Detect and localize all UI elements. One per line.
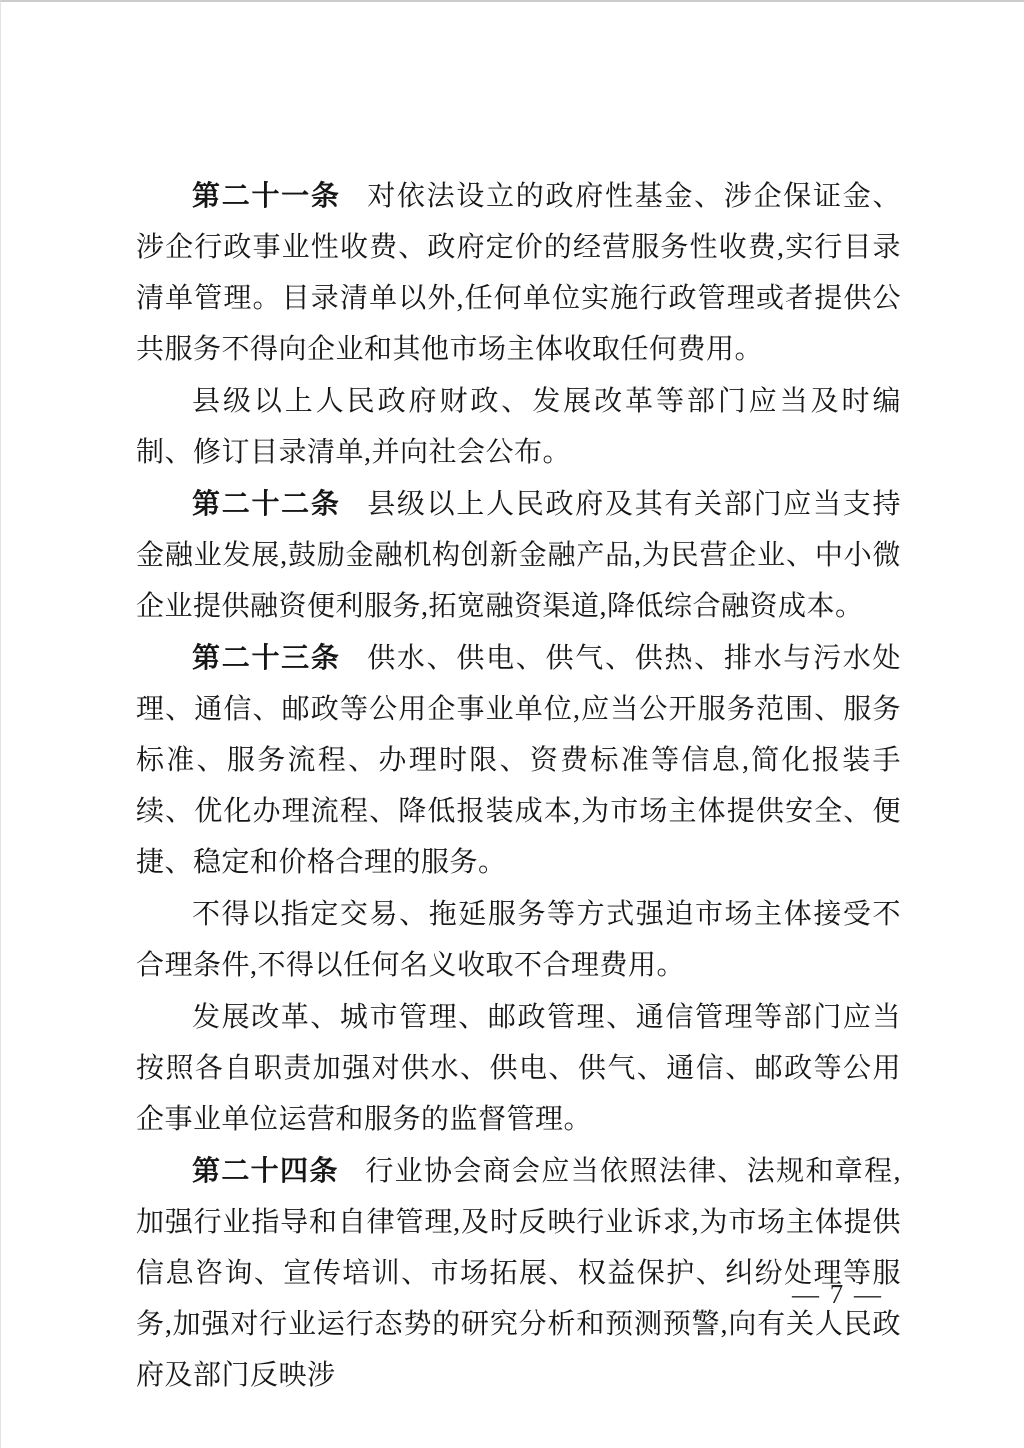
paragraph-text: 不得以指定交易、拖延服务等方式强迫市场主体接受不合理条件,不得以任何名义收取不合… [136,899,901,981]
paragraph-text: 行业协会商会应当依照法律、法规和章程,加强行业指导和自律管理,及时反映行业诉求,… [136,1156,901,1391]
paragraph-article-24: 第二十四条行业协会商会应当依照法律、法规和章程,加强行业指导和自律管理,及时反映… [136,1145,901,1401]
article-number: 第二十三条 [192,642,341,673]
paragraph: 县级以上人民政府财政、发展改革等部门应当及时编制、修订目录清单,并向社会公布。 [136,375,901,478]
paragraph-article-22: 第二十二条县级以上人民政府及其有关部门应当支持金融业发展,鼓励金融机构创新金融产… [136,478,901,632]
paragraph-text: 发展改革、城市管理、邮政管理、通信管理等部门应当按照各自职责加强对供水、供电、供… [136,1002,901,1135]
article-number: 第二十四条 [192,1155,339,1186]
paragraph-text: 供水、供电、供气、供热、排水与污水处理、通信、邮政等公用企事业单位,应当公开服务… [136,643,901,878]
article-number: 第二十二条 [192,488,341,519]
paragraph-article-23: 第二十三条供水、供电、供气、供热、排水与污水处理、通信、邮政等公用企事业单位,应… [136,632,901,888]
article-number: 第二十一条 [192,180,341,211]
paragraph: 发展改革、城市管理、邮政管理、通信管理等部门应当按照各自职责加强对供水、供电、供… [136,991,901,1145]
document-body: 第二十一条对依法设立的政府性基金、涉企保证金、涉企行政事业性收费、政府定价的经营… [136,170,901,1401]
paragraph-article-21: 第二十一条对依法设立的政府性基金、涉企保证金、涉企行政事业性收费、政府定价的经营… [136,170,901,375]
paragraph-text: 县级以上人民政府财政、发展改革等部门应当及时编制、修订目录清单,并向社会公布。 [136,386,901,468]
document-page: 第二十一条对依法设立的政府性基金、涉企保证金、涉企行政事业性收费、政府定价的经营… [0,0,1024,1448]
paragraph: 不得以指定交易、拖延服务等方式强迫市场主体接受不合理条件,不得以任何名义收取不合… [136,888,901,991]
page-number: — 7 — [136,1278,883,1310]
